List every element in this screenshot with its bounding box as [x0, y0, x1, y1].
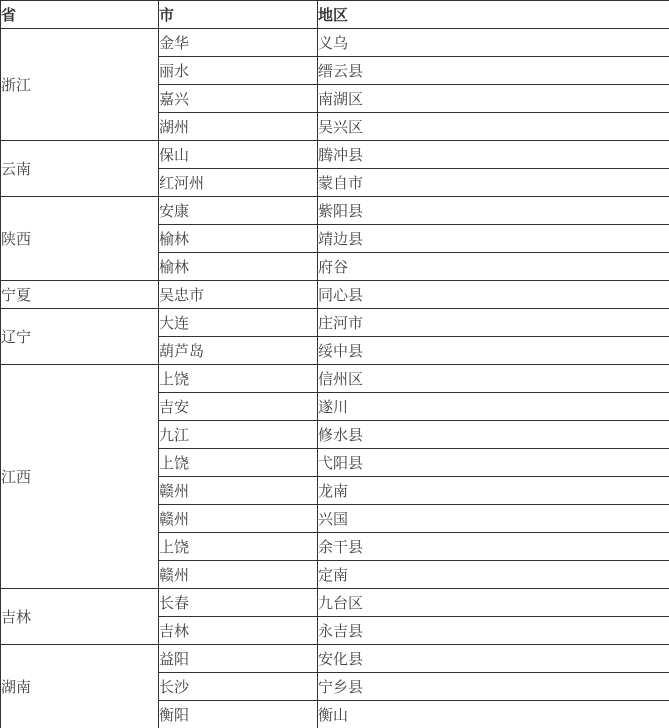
- district-cell: 缙云县: [318, 57, 669, 85]
- table-row: 宁夏吴忠市同心县: [1, 281, 669, 309]
- district-cell: 永吉县: [318, 617, 669, 645]
- city-cell: 金华: [159, 29, 318, 57]
- district-cell: 府谷: [318, 253, 669, 281]
- column-header-district: 地区: [318, 1, 669, 29]
- city-cell: 长沙: [159, 673, 318, 701]
- province-cell: 辽宁: [1, 309, 159, 365]
- city-cell: 上饶: [159, 365, 318, 393]
- city-cell: 安康: [159, 197, 318, 225]
- district-cell: 九台区: [318, 589, 669, 617]
- district-cell: 腾冲县: [318, 141, 669, 169]
- province-cell: 宁夏: [1, 281, 159, 309]
- district-cell: 修水县: [318, 421, 669, 449]
- district-cell: 余干县: [318, 533, 669, 561]
- table-row: 江西上饶信州区: [1, 365, 669, 393]
- province-cell: 浙江: [1, 29, 159, 141]
- city-cell: 红河州: [159, 169, 318, 197]
- city-cell: 上饶: [159, 533, 318, 561]
- table-body: 浙江金华义乌丽水缙云县嘉兴南湖区湖州吴兴区云南保山腾冲县红河州蒙自市陕西安康紫阳…: [1, 29, 669, 728]
- city-cell: 嘉兴: [159, 85, 318, 113]
- city-cell: 长春: [159, 589, 318, 617]
- district-cell: 宁乡县: [318, 673, 669, 701]
- city-cell: 大连: [159, 309, 318, 337]
- city-cell: 湖州: [159, 113, 318, 141]
- city-cell: 赣州: [159, 561, 318, 589]
- city-cell: 赣州: [159, 505, 318, 533]
- province-cell: 湖南: [1, 645, 159, 728]
- city-cell: 衡阳: [159, 701, 318, 728]
- district-cell: 同心县: [318, 281, 669, 309]
- district-cell: 靖边县: [318, 225, 669, 253]
- city-cell: 榆林: [159, 225, 318, 253]
- table-row: 湖南益阳安化县: [1, 645, 669, 673]
- table-row: 浙江金华义乌: [1, 29, 669, 57]
- city-cell: 吉林: [159, 617, 318, 645]
- district-cell: 弋阳县: [318, 449, 669, 477]
- city-cell: 葫芦岛: [159, 337, 318, 365]
- district-cell: 定南: [318, 561, 669, 589]
- province-cell: 江西: [1, 365, 159, 589]
- district-cell: 安化县: [318, 645, 669, 673]
- district-cell: 龙南: [318, 477, 669, 505]
- province-cell: 陕西: [1, 197, 159, 281]
- city-cell: 上饶: [159, 449, 318, 477]
- district-cell: 遂川: [318, 393, 669, 421]
- page: 省 市 地区 浙江金华义乌丽水缙云县嘉兴南湖区湖州吴兴区云南保山腾冲县红河州蒙自…: [0, 0, 669, 728]
- province-city-district-table: 省 市 地区 浙江金华义乌丽水缙云县嘉兴南湖区湖州吴兴区云南保山腾冲县红河州蒙自…: [0, 0, 669, 728]
- district-cell: 衡山: [318, 701, 669, 728]
- city-cell: 丽水: [159, 57, 318, 85]
- district-cell: 南湖区: [318, 85, 669, 113]
- table-row: 辽宁大连庄河市: [1, 309, 669, 337]
- table-row: 吉林长春九台区: [1, 589, 669, 617]
- district-cell: 义乌: [318, 29, 669, 57]
- province-cell: 吉林: [1, 589, 159, 645]
- district-cell: 紫阳县: [318, 197, 669, 225]
- city-cell: 吴忠市: [159, 281, 318, 309]
- header-row: 省 市 地区: [1, 1, 669, 29]
- city-cell: 赣州: [159, 477, 318, 505]
- district-cell: 信州区: [318, 365, 669, 393]
- column-header-province: 省: [1, 1, 159, 29]
- city-cell: 九江: [159, 421, 318, 449]
- city-cell: 吉安: [159, 393, 318, 421]
- table-row: 陕西安康紫阳县: [1, 197, 669, 225]
- district-cell: 兴国: [318, 505, 669, 533]
- column-header-city: 市: [159, 1, 318, 29]
- district-cell: 庄河市: [318, 309, 669, 337]
- province-cell: 云南: [1, 141, 159, 197]
- district-cell: 蒙自市: [318, 169, 669, 197]
- district-cell: 吴兴区: [318, 113, 669, 141]
- city-cell: 益阳: [159, 645, 318, 673]
- table-row: 云南保山腾冲县: [1, 141, 669, 169]
- city-cell: 榆林: [159, 253, 318, 281]
- city-cell: 保山: [159, 141, 318, 169]
- district-cell: 绥中县: [318, 337, 669, 365]
